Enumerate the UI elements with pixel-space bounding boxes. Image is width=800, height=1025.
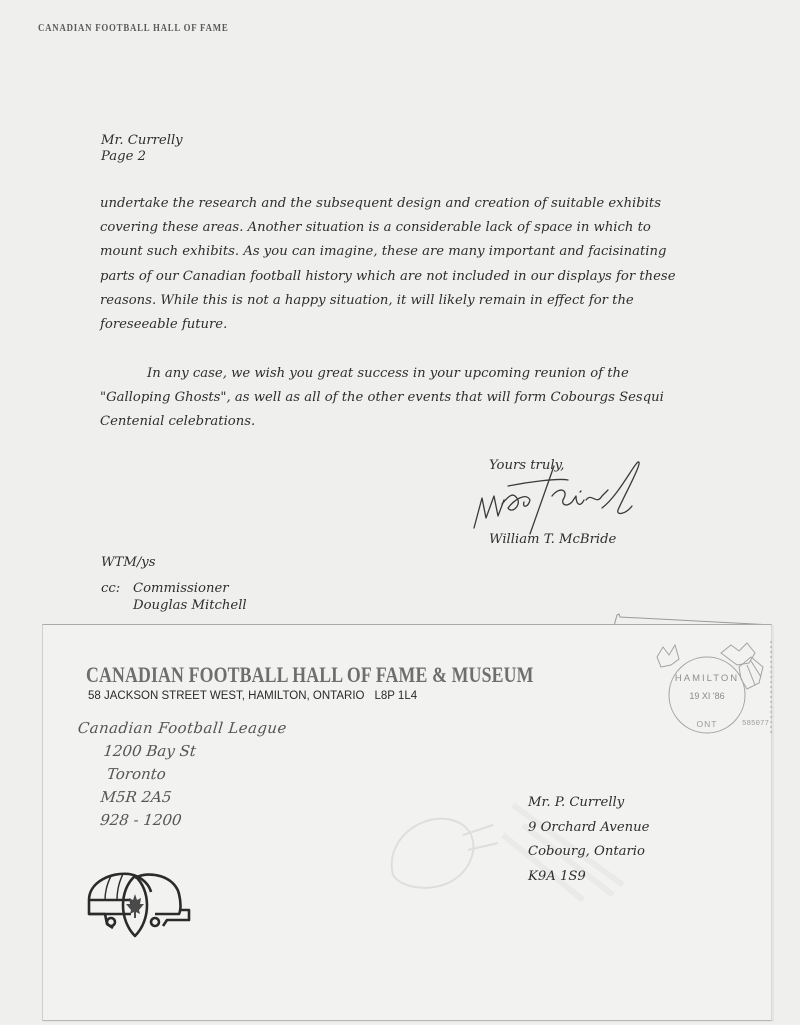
cc-label: cc: [101, 580, 133, 597]
sender-postal-code: L8P 1L4 [374, 690, 417, 702]
postmark-date: 19 XI '86 [689, 691, 724, 701]
page-label: Page 2 [101, 149, 183, 165]
address-line: 9 Orchard Avenue [528, 816, 649, 841]
paragraph-line: "Galloping Ghosts", as well as all of th… [100, 386, 710, 410]
typist-initials: WTM/ys [101, 555, 156, 570]
cc-block: cc:Commissioner Douglas Mitchell [101, 580, 247, 614]
sender-organization: CANADIAN FOOTBALL HALL OF FAME & MUSEUM [86, 662, 534, 688]
paragraph-line: undertake the research and the subsequen… [100, 192, 710, 216]
address-line: Mr. P. Currelly [528, 791, 649, 816]
sender-address: 58 JACKSON STREET WEST, HAMILTON, ONTARI… [88, 690, 417, 702]
signer-name: William T. McBride [489, 532, 616, 547]
cc-recipient: Douglas Mitchell [101, 597, 247, 614]
paragraph-line: Centenial celebrations. [100, 410, 710, 434]
recipient-block: Mr. Currelly Page 2 [101, 133, 183, 165]
paragraph-line: mount such exhibits. As you can imagine,… [100, 240, 710, 264]
handwritten-line: 928 - 1200 [67, 809, 278, 832]
address-line: Cobourg, Ontario [528, 840, 649, 865]
envelope: CANADIAN FOOTBALL HALL OF FAME & MUSEUM … [42, 624, 772, 1021]
recipient-name: Mr. Currelly [101, 133, 183, 149]
mailing-address: Mr. P. Currelly 9 Orchard Avenue Cobourg… [528, 791, 649, 889]
football-helmets-maple-leaf-icon [83, 870, 191, 940]
handwritten-note: Canadian Football League 1200 Bay St Tor… [67, 717, 288, 832]
cc-recipient: Commissioner [133, 581, 229, 596]
paragraph-line: reasons. While this is not a happy situa… [100, 289, 710, 313]
letterhead: CANADIAN FOOTBALL HALL OF FAME [38, 23, 228, 34]
body-paragraph-2: In any case, we wish you great success i… [100, 362, 710, 435]
handwritten-line: Canadian Football League [77, 717, 288, 740]
sender-street: 58 JACKSON STREET WEST, HAMILTON, ONTARI… [88, 690, 364, 702]
address-line: K9A 1S9 [528, 865, 649, 890]
postmark-province: ONT [697, 719, 718, 729]
scanned-page: CANADIAN FOOTBALL HALL OF FAME Mr. Curre… [0, 0, 800, 1025]
handwritten-line: M5R 2A5 [69, 786, 280, 809]
signature-icon [468, 456, 648, 536]
handwritten-line: Toronto [72, 763, 283, 786]
handwritten-line: 1200 Bay St [74, 740, 285, 763]
postmark-icon: HAMILTON 19 XI '86 ONT 585077 [651, 637, 776, 737]
paragraph-line: parts of our Canadian football history w… [100, 265, 710, 289]
paragraph-line: covering these areas. Another situation … [100, 216, 710, 240]
body-paragraph-1: undertake the research and the subsequen… [100, 192, 710, 337]
postmark-city: HAMILTON [675, 673, 739, 684]
meter-number: 585077 [742, 720, 769, 728]
paragraph-line: foreseeable future. [100, 313, 710, 337]
paragraph-line: In any case, we wish you great success i… [100, 362, 710, 386]
